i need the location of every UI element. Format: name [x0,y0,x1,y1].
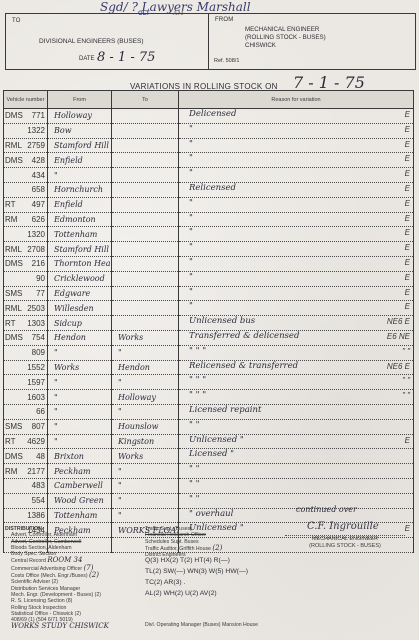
fleet-number: 1597 [27,378,45,387]
column-header-from: From [48,91,112,109]
reason-text: " overhaul [189,509,233,519]
to-garage-cell: " [112,478,179,493]
distribution-list-left: DISTRIBUTION Advert, Controller, Aldenha… [5,526,109,630]
fleet-number: 2177 [27,467,45,476]
table-row: SMS77Edgware"E [4,286,414,301]
reason-text: " [189,301,193,311]
reason-text: " [189,198,193,208]
vehicle-number-cell: DMS48 [4,449,48,464]
table-row: DMS428Enfield"E [4,153,414,168]
to-garage-cell [112,256,179,271]
status-code: E [405,243,410,252]
from-garage-cell: Willesden [48,301,112,316]
handwritten-note: (2) [212,544,222,552]
from-garage-cell: " [48,419,112,434]
status-code: " " [402,376,410,385]
from-garage-cell: Stamford Hill [48,138,112,153]
vehicle-number-cell: RT497 [4,197,48,212]
reason-cell: "E [179,242,414,257]
reason-cell: DelicensedE [179,109,414,124]
from-garage-cell: Tottenham [48,227,112,242]
from-garage-cell: " [48,375,112,390]
table-row: 1603"Holloway" " "" " [4,390,414,405]
status-code: " " [402,391,410,400]
to-garage-cell [112,109,179,124]
reason-text: " [189,227,193,237]
vehicle-number-cell: DMS771 [4,109,48,124]
reason-cell: " " [179,464,414,479]
reason-cell: Relicensed & transferredNE6 E [179,360,414,375]
status-code: E [405,184,410,193]
status-code: E [405,125,410,134]
vehicle-class: DMS [4,333,23,342]
from-label: FROM [215,17,233,23]
table-row: RT4629"KingstonUnlicensed "E [4,434,414,449]
from-garage-cell: Peckham [48,464,112,479]
from-garage-cell: Stamford Hill [48,242,112,257]
reason-cell: RelicensedE [179,182,414,197]
fleet-number: 1552 [27,363,45,372]
reason-text: Transferred & delicensed [189,331,299,341]
distribution-entry-text: Commercial Advertising Officer [11,566,82,572]
status-code: E [405,273,410,282]
status-code: E [405,524,410,533]
distribution-entry-text: Schedules Supt. Buses [145,539,199,545]
to-garage-cell: Kingston [112,434,179,449]
vehicle-number-cell: SMS807 [4,419,48,434]
status-code: NE6 E [387,317,410,326]
fleet-number: 2503 [27,304,45,313]
reason-cell: Unlicensed busNE6 E [179,316,414,331]
divisional-operating-manager: Divl. Operating Manager (Buses) Mansion … [145,622,258,628]
reason-cell: "E [179,138,414,153]
to-garage-cell [112,138,179,153]
continued-over-note: continued over [296,505,357,514]
reason-text: Relicensed [189,183,236,193]
fleet-number: 2708 [27,245,45,254]
to-garage-cell: Holloway [112,390,179,405]
from-garage-cell: " [48,390,112,405]
fleet-number: 1320 [27,230,45,239]
to-garage-cell [112,197,179,212]
from-garage-cell: Camberwell [48,478,112,493]
to-garage-cell: " [112,345,179,360]
reference-number: Ref. 508/1 [214,58,239,64]
table-row: DMS48BrixtonWorksLicensed " [4,449,414,464]
signatory-title-line: MECHANICAL ENGINEER [285,536,405,543]
distribution-entry-text: Scientific Adviser (2) [11,579,58,585]
distribution-entry-text: Distribution Services Manager [11,586,80,592]
table-row: 434""E [4,168,414,183]
from-line: MECHANICAL ENGINEER [245,26,326,34]
reason-text: " [189,124,193,134]
vehicle-number-cell: DMS216 [4,256,48,271]
vehicle-class: RM [4,215,17,224]
vehicle-number-cell: 809 [4,345,48,360]
vehicle-class: RML [4,245,22,254]
reason-cell: "E [179,197,414,212]
from-garage-cell: Hornchurch [48,182,112,197]
distribution-entry-text: Costs Office (Mech. Engr./Buses) [11,573,88,579]
to-label: TO [12,18,21,24]
reason-cell: Licensed repaint [179,404,414,419]
from-garage-cell: " [48,404,112,419]
from-garage-cell: Edmonton [48,212,112,227]
table-row: 90Cricklewood"E [4,271,414,286]
reason-text: Delicensed [189,109,236,119]
to-garage-cell [112,301,179,316]
column-header-vehicle: Vehicle number [4,91,48,109]
from-garage-cell: " [48,168,112,183]
vehicle-class: SMS [4,422,22,431]
vehicle-number-cell: 1386 [4,508,48,523]
vehicle-class: RT [4,200,16,209]
handwritten-note: (2) [89,571,99,579]
from-garage-cell: Enfield [48,197,112,212]
vehicle-number-cell: SMS77 [4,286,48,301]
fleet-number: 216 [32,259,45,268]
fleet-number: 1303 [27,319,45,328]
vehicle-number-cell: RT4629 [4,434,48,449]
depot-allocation-list: Q(3) HX(2) T(2) HT(4) R(—)TL(2) SW(—) WN… [145,555,248,599]
handwritten-note: ROOM 34 [47,556,82,564]
from-section: FROM MECHANICAL ENGINEER (ROLLING STOCK … [209,14,415,69]
vehicle-class: RM [4,467,17,476]
status-code: NE6 E [387,362,410,371]
vehicle-number-cell: 1320 [4,227,48,242]
column-header-reason: Reason for variation [179,91,414,109]
table-row: RML2759Stamford Hill"E [4,138,414,153]
reason-cell: "E [179,153,414,168]
reason-text: " [189,213,193,223]
table-row: RM2177Peckham"" " [4,464,414,479]
table-row: RML2503Willesden"E [4,301,414,316]
column-header-to: To [112,91,179,109]
distribution-entry: Costs Office (Mech. Engr./Buses) (2) [5,572,109,579]
to-garage-cell [112,212,179,227]
to-garage-cell: Hounslow [112,419,179,434]
table-body: DMS771HollowayDelicensedE1322Bow"ERML275… [4,109,414,553]
table-row: 1552WorksHendonRelicensed & transferredN… [4,360,414,375]
table-row: DMS754HendonWorksTransferred & delicense… [4,330,414,345]
table-row: 1322Bow"E [4,123,414,138]
reason-cell: Unlicensed "E [179,434,414,449]
reason-text: " " [189,479,200,489]
reason-text: " " " [189,346,206,356]
reason-text: " " " [189,390,206,400]
reason-text: " [189,153,193,163]
distribution-entry-text: Financial Research Officer [145,532,206,538]
table-row: 658HornchurchRelicensedE [4,182,414,197]
reason-cell: " " "" " [179,390,414,405]
table-row: DMS771HollowayDelicensedE [4,109,414,124]
vehicle-class: DMS [4,259,23,268]
from-garage-cell: Tottenham [48,508,112,523]
document-page: Sgd/ ? Lawyers Marshall OLT AM TO DIVISI… [0,0,419,640]
vehicle-class: DMS [4,111,23,120]
vehicle-number-cell: RT1303 [4,316,48,331]
depot-allocation-line: TC(2) AR(3) . [145,577,248,588]
reason-text: Licensed repaint [189,405,261,415]
distribution-entries: Advert, Controller, AldenhamAdvert, Cont… [5,532,109,623]
status-code: E [405,228,410,237]
signatory-title: MECHANICAL ENGINEER (ROLLING STOCK - BUS… [285,536,405,550]
from-garage-cell: Brixton [48,449,112,464]
reason-text: " [189,257,193,267]
reason-text: Unlicensed bus [189,316,255,326]
vehicle-number-cell: 554 [4,493,48,508]
to-garage-cell: " [112,464,179,479]
reason-cell: " " [179,419,414,434]
distribution-entry-text: Statistical Office - Chiswick (2) [11,611,81,617]
to-garage-cell: Hendon [112,360,179,375]
table-row: 66""Licensed repaint [4,404,414,419]
from-garage-cell: Edgware [48,286,112,301]
fleet-number: 1386 [27,511,45,520]
table-header-row: Vehicle number From To Reason for variat… [4,91,414,109]
to-garage-cell [112,227,179,242]
to-garage-cell [112,316,179,331]
table-row: DMS216Thornton Heath"E [4,256,414,271]
vehicle-number-cell: 90 [4,271,48,286]
vehicle-number-cell: 658 [4,182,48,197]
from-garage-cell: Thornton Heath [48,256,112,271]
status-code: E [405,214,410,223]
from-garage-cell: Wood Green [48,493,112,508]
table-row: RT1303SidcupUnlicensed busNE6 E [4,316,414,331]
table-row: SMS807"Hounslow" " [4,419,414,434]
reason-text: Relicensed & transferred [189,361,298,371]
from-line: CHISWICK [245,42,326,50]
reason-cell: "E [179,123,414,138]
to-garage-cell [112,153,179,168]
reason-cell: "E [179,301,414,316]
vehicle-number-cell: 1552 [4,360,48,375]
fleet-number: 497 [32,200,45,209]
reason-text: " [189,287,193,297]
reason-text: " " [189,464,200,474]
vehicle-number-cell: 1322 [4,123,48,138]
distribution-entry-text: R. S. Licensing Section (8) [11,598,72,604]
reason-cell: "E [179,271,414,286]
vehicle-number-cell: DMS428 [4,153,48,168]
vehicle-number-cell: DMS754 [4,330,48,345]
vehicle-class: DMS [4,156,23,165]
reason-cell: "E [179,168,414,183]
to-garage-cell [112,123,179,138]
from-line: (ROLLING STOCK - BUSES) [245,34,326,42]
distribution-entry-text: Central Record [11,558,46,564]
distribution-handwritten-entry: WORKS STUDY CHISWICK [5,623,109,629]
status-code: E [405,258,410,267]
reason-text: " " [189,494,200,504]
memo-header-box: TO DIVISIONAL ENGINEERS (BUSES) DATE 8 -… [5,13,416,70]
table-row: RML2708Stamford Hill"E [4,242,414,257]
vehicle-class: RML [4,304,22,313]
reason-text: " [189,242,193,252]
table-row: RM626Edmonton"E [4,212,414,227]
depot-allocation-line: AL(2) WH(2) U(2) AV(2) [145,588,248,599]
fleet-number: 554 [32,496,45,505]
fleet-number: 4629 [27,437,45,446]
status-code: E [405,140,410,149]
reason-text: Licensed " [189,449,234,459]
date-label: DATE [79,56,95,62]
to-recipient: DIVISIONAL ENGINEERS (BUSES) [39,38,144,45]
status-code: E [405,288,410,297]
vehicle-class: SMS [4,289,22,298]
status-code: E [405,302,410,311]
table-row: 809""" " "" " [4,345,414,360]
status-code: E [405,169,410,178]
fleet-number: 77 [36,289,45,298]
fleet-number: 483 [32,481,45,490]
reason-cell: "E [179,212,414,227]
vehicle-class: DMS [4,452,23,461]
from-garage-cell: Hendon [48,330,112,345]
to-garage-cell [112,242,179,257]
distribution-entry-text: Advert, Controller, Camberwell [11,539,81,545]
distribution-entry: Traffic Auditor, Griffith House (2) [145,545,222,552]
to-garage-cell: Works [112,330,179,345]
fleet-number: 807 [32,422,45,431]
vehicle-class: RT [4,319,16,328]
vehicle-class: RT [4,437,16,446]
reason-cell: "E [179,256,414,271]
reason-text: " [189,139,193,149]
reason-cell: Transferred & delicensedE6 NE [179,330,414,345]
vehicle-number-cell: 1603 [4,390,48,405]
fleet-number: 90 [36,274,45,283]
to-garage-cell: Works [112,449,179,464]
from-garage-cell: Sidcup [48,316,112,331]
vehicle-class: RML [4,141,22,150]
depot-allocation-line: Q(3) HX(2) T(2) HT(4) R(—) [145,555,248,566]
from-garage-cell: Bow [48,123,112,138]
to-section: TO DIVISIONAL ENGINEERS (BUSES) DATE 8 -… [6,14,209,69]
from-sender: MECHANICAL ENGINEER (ROLLING STOCK - BUS… [245,26,326,50]
variations-table: Vehicle number From To Reason for variat… [3,90,414,553]
fleet-number: 809 [32,348,45,357]
status-code: E6 NE [387,332,410,341]
vehicle-number-cell: RML2503 [4,301,48,316]
to-garage-cell [112,286,179,301]
fleet-number: 2759 [27,141,45,150]
from-garage-cell: " [48,434,112,449]
status-code: " " [402,347,410,356]
reason-cell: " " "" " [179,375,414,390]
fleet-number: 434 [32,171,45,180]
date-value: 8 - 1 - 75 [97,50,155,65]
to-garage-cell: " [112,508,179,523]
status-code: E [405,436,410,445]
to-garage-cell [112,271,179,286]
distribution-entry-text: Bloods Section, Aldenham [11,545,72,551]
to-garage-cell [112,168,179,183]
distribution-list-right: Traffic Supt. (Buses)Financial Research … [145,526,222,558]
reason-cell: " " "" " [179,345,414,360]
vehicle-number-cell: RML2708 [4,242,48,257]
fleet-number: 1603 [27,393,45,402]
reason-text: " " " [189,375,206,385]
fleet-number: 428 [32,156,45,165]
vehicle-number-cell: RM2177 [4,464,48,479]
from-garage-cell: Cricklewood [48,271,112,286]
reason-text: Unlicensed " [189,435,244,445]
table-row: 483Camberwell"" " [4,478,414,493]
from-garage-cell: Enfield [48,153,112,168]
distribution-entry-text: Traffic Supt. (Buses) [145,526,192,532]
reason-text: " " [189,420,200,430]
reason-cell: " " [179,478,414,493]
vehicle-number-cell: RML2759 [4,138,48,153]
fleet-number: 771 [32,111,45,120]
fleet-number: 754 [32,333,45,342]
to-garage-cell [112,182,179,197]
fleet-number: 626 [32,215,45,224]
distribution-entry-text: Traffic Auditor, Griffith House [145,546,211,552]
distribution-entry-text: Rolling Stock Inspection [11,605,66,611]
status-code: E [405,199,410,208]
fleet-number: 66 [36,407,45,416]
signature: C.F. Ingrouille [307,521,379,532]
fleet-number: 1322 [27,126,45,135]
vehicle-number-cell: 1597 [4,375,48,390]
reason-cell: "E [179,227,414,242]
from-garage-cell: Holloway [48,109,112,124]
vehicle-number-cell: 66 [4,404,48,419]
to-garage-cell: " [112,493,179,508]
reason-text: " [189,168,193,178]
vehicle-number-cell: 434 [4,168,48,183]
table-row: RT497Enfield"E [4,197,414,212]
distribution-entry-text: Advert, Controller, Aldenham [11,532,77,538]
reason-cell: "E [179,286,414,301]
status-code: E [405,154,410,163]
vehicle-number-cell: 483 [4,478,48,493]
vehicle-number-cell: RM626 [4,212,48,227]
distribution-entry-text: Mech. Engr. (Development - Buses) (2) [11,592,101,598]
fleet-number: 48 [36,452,45,461]
depot-allocation-line: TL(2) SW(—) WN(3) W(5) HW(—) [145,566,248,577]
to-garage-cell: " [112,404,179,419]
signatory-title-line: (ROLLING STOCK - BUSES) [285,543,405,550]
fleet-number: 658 [32,185,45,194]
from-garage-cell: Works [48,360,112,375]
table-row: 1597""" " "" " [4,375,414,390]
reason-cell: Licensed " [179,449,414,464]
to-garage-cell: " [112,375,179,390]
reason-text: " [189,272,193,282]
table-row: 1320Tottenham"E [4,227,414,242]
status-code: E [405,110,410,119]
from-garage-cell: " [48,345,112,360]
